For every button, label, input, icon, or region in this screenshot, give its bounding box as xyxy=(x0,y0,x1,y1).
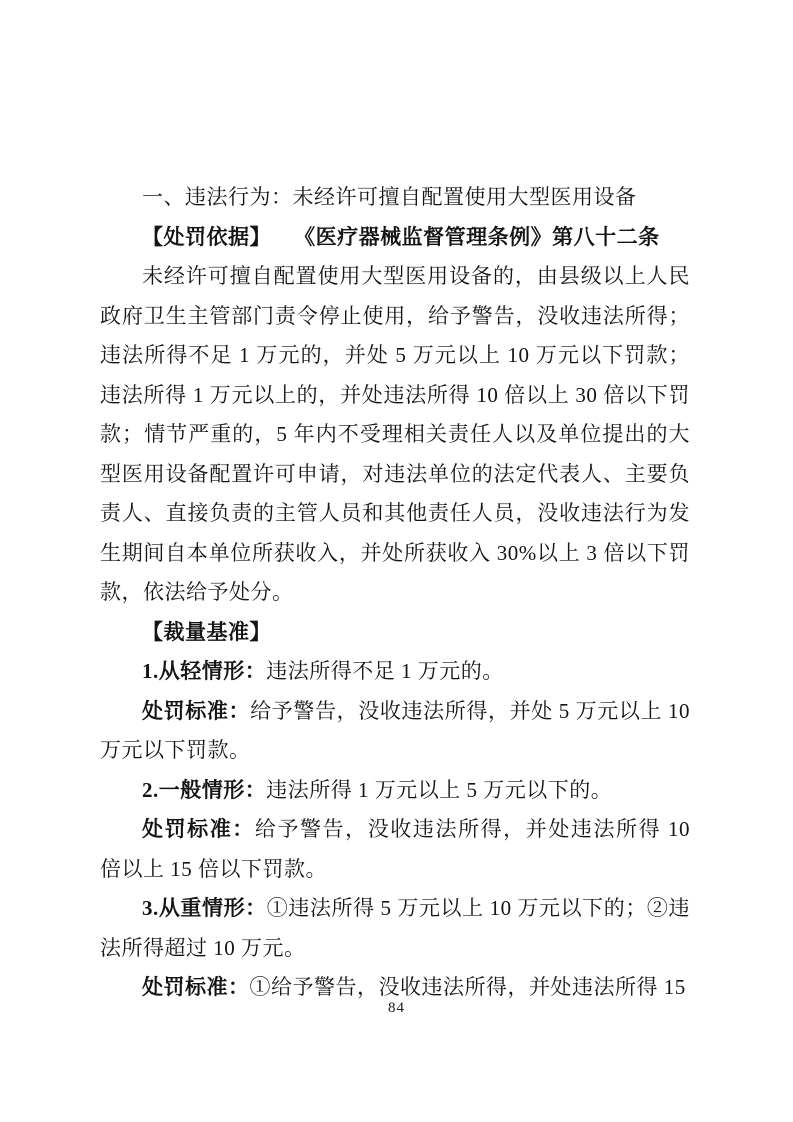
page-number: 84 xyxy=(0,998,793,1018)
document-content: 一、违法行为：未经许可擅自配置使用大型医用设备 【处罚依据】《医疗器械监督管理条… xyxy=(100,178,690,1008)
item-label: 处罚标准： xyxy=(142,817,255,841)
item-text: 违法所得 1 万元以上 5 万元以下的。 xyxy=(266,778,612,802)
item-label: 3.从重情形： xyxy=(142,896,267,920)
item-label: 处罚标准： xyxy=(142,699,250,723)
penalty-basis-reference: 《医疗器械监督管理条例》第八十二条 xyxy=(305,225,660,249)
benchmark-heading: 【裁量基准】 xyxy=(100,613,690,653)
item-text: ①给予警告，没收违法所得，并处违法所得 15 xyxy=(250,975,686,999)
item-label: 1.从轻情形： xyxy=(142,659,266,683)
document-page: 一、违法行为：未经许可擅自配置使用大型医用设备 【处罚依据】《医疗器械监督管理条… xyxy=(0,0,793,1122)
item-text: 违法所得不足 1 万元的。 xyxy=(266,659,504,683)
item-lenient-penalty-standard: 处罚标准：给予警告，没收违法所得，并处 5 万元以上 10 万元以下罚款。 xyxy=(100,692,690,771)
item-label: 2.一般情形： xyxy=(142,778,266,802)
violation-heading: 一、违法行为：未经许可擅自配置使用大型医用设备 xyxy=(100,178,690,218)
item-severe-circumstance: 3.从重情形：①违法所得 5 万元以上 10 万元以下的；②违法所得超过 10 … xyxy=(100,889,690,968)
item-lenient-circumstance: 1.从轻情形：违法所得不足 1 万元的。 xyxy=(100,652,690,692)
penalty-basis-line: 【处罚依据】《医疗器械监督管理条例》第八十二条 xyxy=(100,218,690,258)
penalty-basis-label: 【处罚依据】 xyxy=(142,225,271,249)
item-general-circumstance: 2.一般情形：违法所得 1 万元以上 5 万元以下的。 xyxy=(100,771,690,811)
item-general-penalty-standard: 处罚标准：给予警告，没收违法所得，并处违法所得 10 倍以上 15 倍以下罚款。 xyxy=(100,810,690,889)
item-label: 处罚标准： xyxy=(142,975,250,999)
statute-paragraph: 未经许可擅自配置使用大型医用设备的，由县级以上人民政府卫生主管部门责令停止使用，… xyxy=(100,257,690,613)
